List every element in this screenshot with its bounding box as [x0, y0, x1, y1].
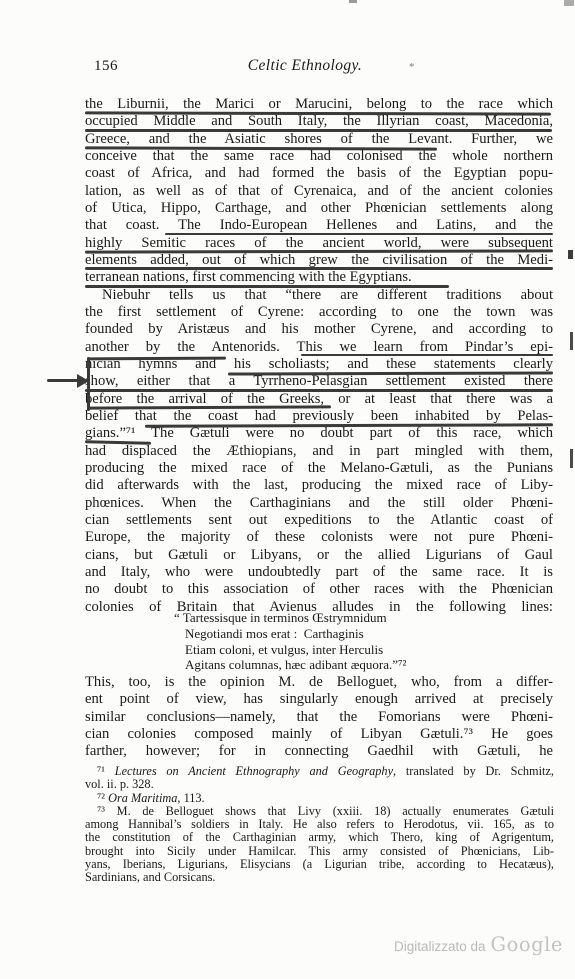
text-line: no doubt to this association of other ra… [85, 581, 553, 598]
verse-line: Negotiandi mos erat : Carthaginis [174, 626, 406, 642]
verse-line: Agitans columnas, hæc adibant æquora.”⁷² [174, 657, 406, 673]
footnotes-block: ⁷¹ Lectures on Ancient Ethnography and G… [85, 765, 554, 885]
footnote-line: among Hannibal’s soldiers in Italy. He a… [85, 818, 554, 831]
text-line: cian settlements sent out expeditions to… [85, 512, 553, 529]
text-line: did afterwards with the last, producing … [85, 477, 553, 494]
pen-underline [85, 267, 553, 270]
scan-artifact [570, 449, 573, 468]
verse-line: Etiam coloni, et vulgus, inter Herculis [174, 642, 406, 658]
verse-line: “ Tartessisque in terminos Œstrymnidum [174, 610, 406, 626]
pen-bracket-top [88, 356, 226, 360]
footnote-work-title: Ora Maritima [108, 791, 177, 805]
text-line: show, either that a Tyrrheno-Pelasgian s… [85, 373, 553, 390]
google-logo: Google [491, 933, 563, 956]
text-line: and Italy, who were undoubtedly part of … [85, 564, 553, 581]
footnote-marker: ⁷¹ [97, 764, 115, 778]
scan-artifact [349, 0, 357, 3]
footnote-text: , translated by Dr. Schmitz, [393, 764, 554, 778]
footnote-line: ⁷¹ Lectures on Ancient Ethnography and G… [85, 765, 554, 778]
text-line: conceive that the same race had colonise… [85, 148, 553, 165]
pen-underline [228, 371, 553, 375]
text-line: This, too, is the opinion M. de Bellogue… [85, 674, 553, 691]
text-line: Greece, and the Asiatic shores of the Le… [85, 131, 553, 148]
scan-artifact [568, 250, 573, 259]
footnote-line: ⁷² Ora Maritima, 113. [85, 792, 554, 805]
text-line: founded by Aristæus and his mother Cyren… [85, 321, 553, 338]
text-line: Niebuhr tells us that “there are differe… [85, 287, 553, 304]
pen-underline [85, 129, 552, 132]
footnote-line: vol. ii. p. 328. [85, 778, 554, 791]
ink-speck: * [409, 61, 415, 73]
pen-underline [85, 146, 437, 150]
scanned-book-page: 156 Celtic Ethnology. * the Liburnii, th… [0, 0, 575, 979]
text-line: farther, however; for in connecting Gaed… [85, 743, 553, 760]
text-line: similar conclusions—namely, that the Fom… [85, 709, 553, 726]
text-line: producing the mixed race of the Melano-G… [85, 460, 553, 477]
digitization-watermark: Digitalizzato da Google [394, 933, 563, 956]
text-line: cians, but Gætuli or Libyans, or the all… [85, 547, 553, 564]
watermark-text: Digitalizzato da [394, 939, 486, 954]
text-line: coast of Africa, and had formed the basi… [85, 165, 553, 182]
footnote-line: the constitution of the Carthaginian arm… [85, 831, 554, 844]
footnote-line: Sardinians, and Corsicans. [85, 871, 554, 884]
text-line: had displaced the Æthiopians, and in par… [85, 443, 553, 460]
pen-arrow-head-icon [77, 374, 89, 388]
scan-artifact [564, 0, 574, 6]
text-line: lation, as well as of that of Cyrenaica,… [85, 183, 553, 200]
text-line: Europe, the majority of these colonists … [85, 529, 553, 546]
footnote-marker: ⁷² [97, 791, 108, 805]
footnote-line: ⁷³ M. de Belloguet shows that Livy (xxii… [85, 805, 554, 818]
pen-underline [85, 285, 449, 288]
footnote-line: yans, Iberians, Ligurians, Elisycians (a… [85, 858, 554, 871]
pen-underline [165, 233, 553, 236]
running-title: Celtic Ethnology. [85, 57, 525, 75]
text-line: ent point of view, has singularly enough… [85, 691, 553, 708]
text-line: phœnices. When the Carthaginians and the… [85, 495, 553, 512]
pen-underline [85, 389, 553, 392]
footnote-work-title: Lectures on Ancient Ethnography and Geog… [115, 764, 393, 778]
text-line: gians.”⁷¹ The Gætuli were no doubt part … [85, 425, 553, 442]
text-line: of Utica, Hippo, Carthage, and other Phœ… [85, 200, 553, 217]
text-line: cian colonies composed mainly of Libyan … [85, 726, 553, 743]
footnote-line: brought into Sicily under Hamilcar. This… [85, 845, 554, 858]
text-line: the first settlement of Cyrene: accordin… [85, 304, 553, 321]
footnote-text: , 113. [177, 791, 204, 805]
closing-paragraph-block: This, too, is the opinion M. de Bellogue… [85, 674, 553, 761]
verse-quotation: “ Tartessisque in terminos Œstrymnidum N… [174, 610, 406, 673]
scan-artifact [570, 332, 573, 350]
